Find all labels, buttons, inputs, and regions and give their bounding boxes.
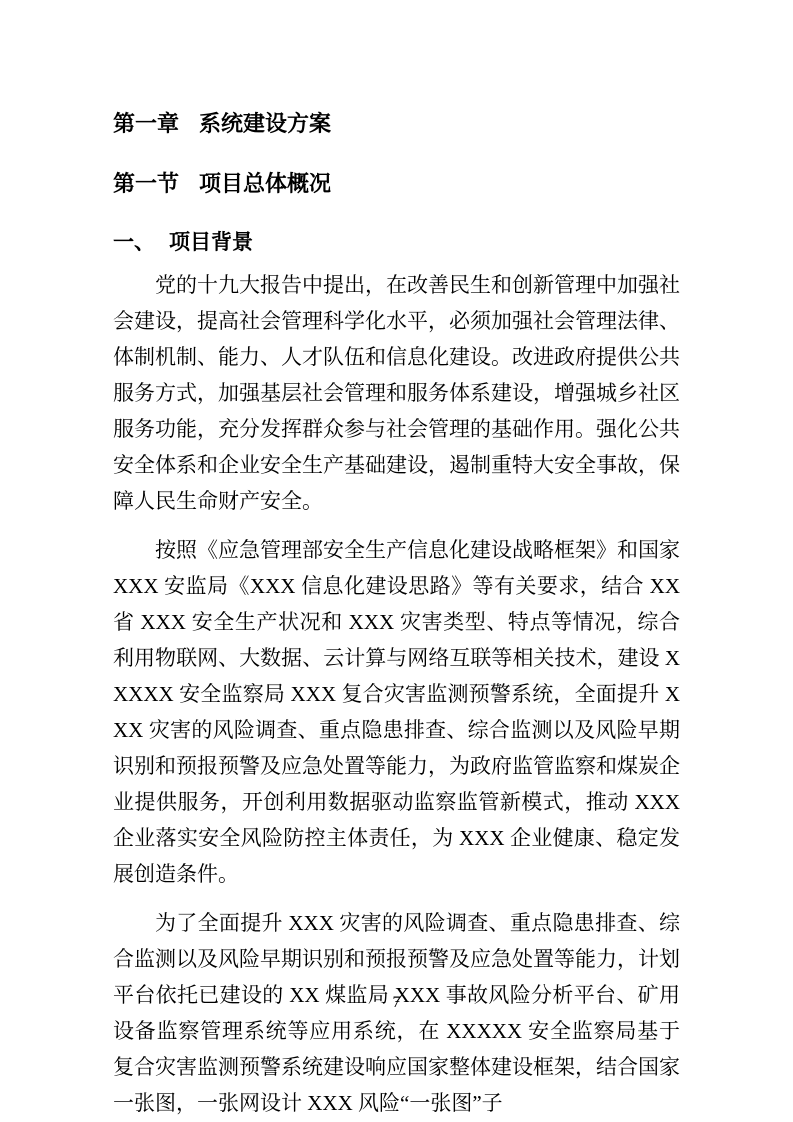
body-paragraph: 党的十九大报告中提出，在改善民生和创新管理中加强社会建设，提高社会管理科学化水平… — [113, 267, 680, 519]
body-paragraph: 为了全面提升 XXX 灾害的风险调查、重点隐患排查、综合监测以及风险早期识别和预… — [113, 905, 680, 1121]
section-number: 第一节 — [113, 171, 179, 196]
subsection-heading: 一、项目背景 — [113, 230, 680, 254]
document-page: 第一章系统建设方案 第一节项目总体概况 一、项目背景 党的十九大报告中提出，在改… — [0, 0, 793, 1122]
section-title: 项目总体概况 — [199, 171, 331, 196]
body-paragraph: 按照《应急管理部安全生产信息化建设战略框架》和国家 XXX 安监局《XXX 信息… — [113, 532, 680, 892]
section-heading: 第一节项目总体概况 — [113, 172, 680, 196]
subsection-title: 项目背景 — [169, 230, 253, 254]
subsection-number: 一、 — [113, 230, 155, 254]
chapter-number: 第一章 — [113, 111, 179, 136]
chapter-heading: 第一章系统建设方案 — [113, 112, 680, 136]
page-number: 7 — [0, 994, 793, 1012]
chapter-title: 系统建设方案 — [199, 111, 331, 136]
